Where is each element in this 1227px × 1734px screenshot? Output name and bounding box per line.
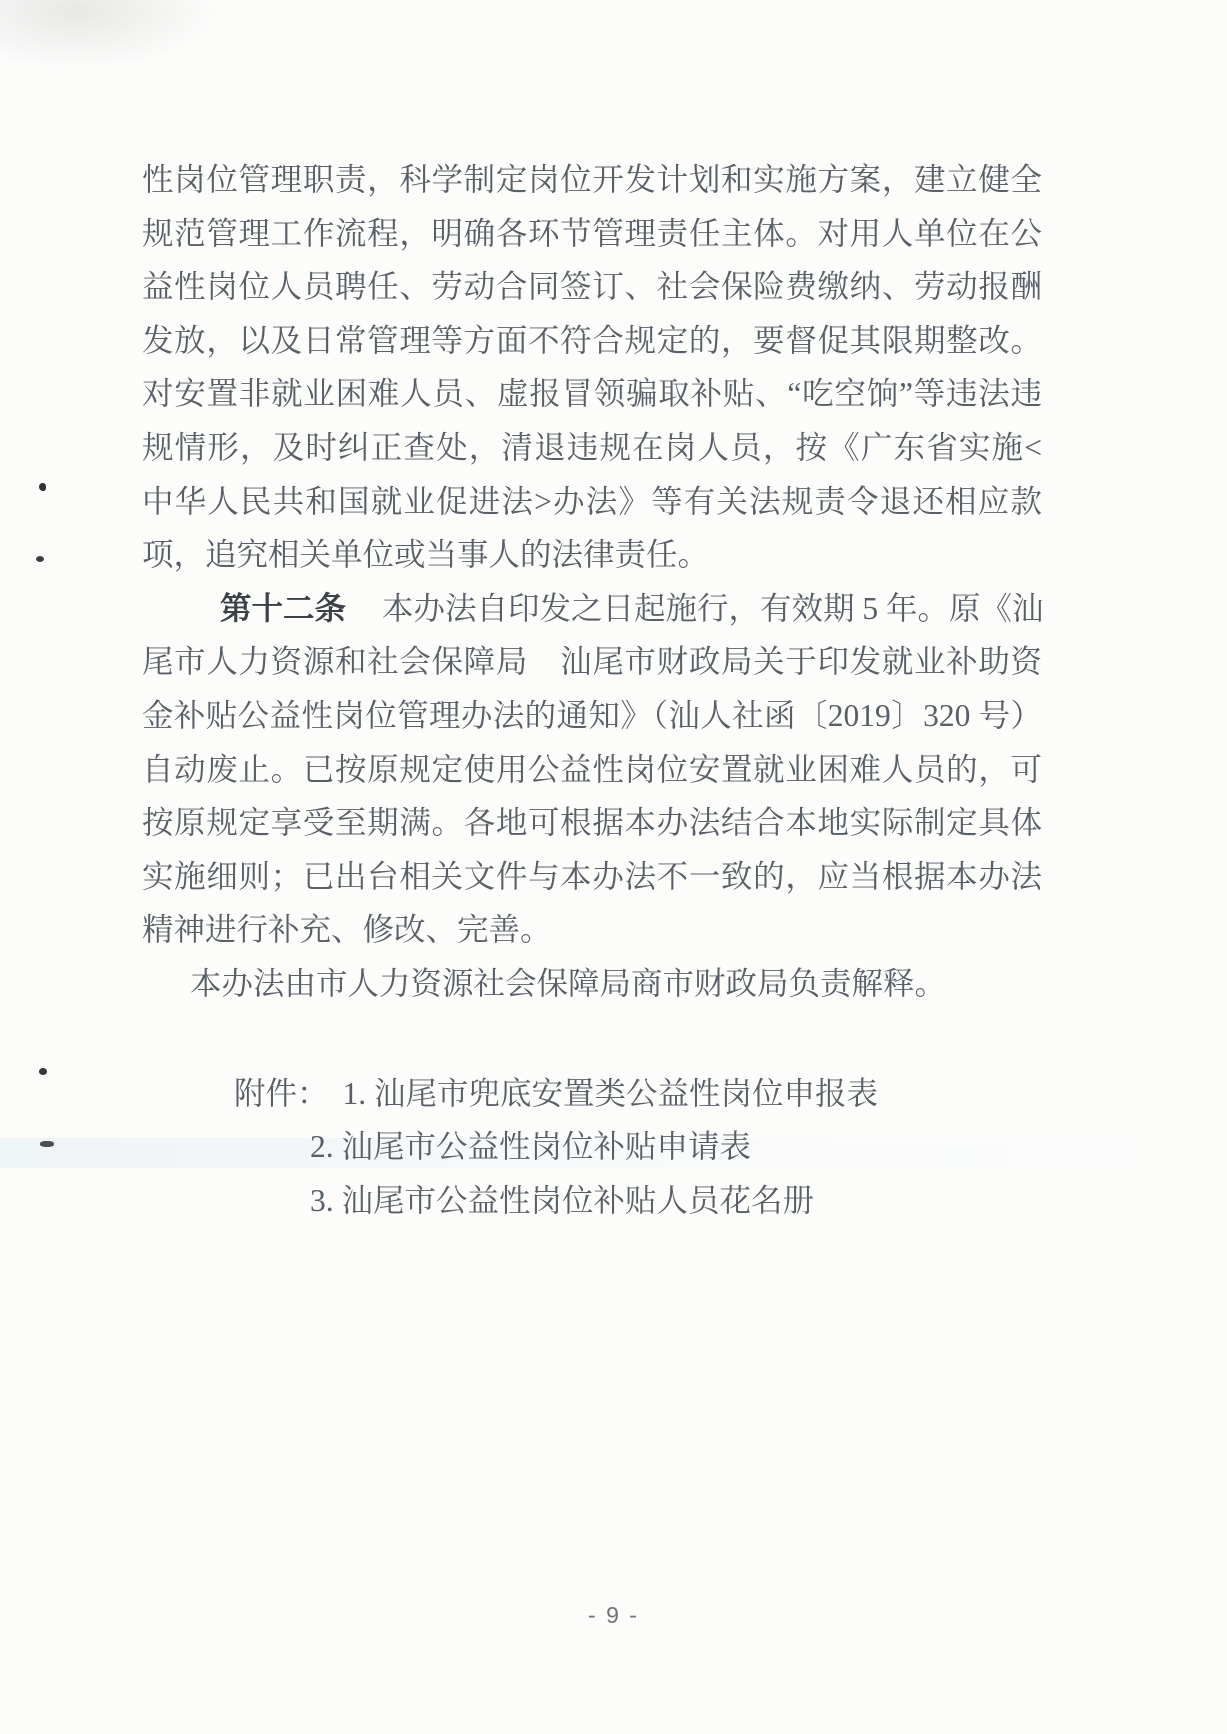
text-line: 性岗位管理职责，科学制定岗位开发计划和实施方案，建立健全 [142, 153, 1042, 207]
interpretation-line: 本办法由市人力资源社会保障局商市财政局负责解释。 [142, 957, 1042, 1011]
text-line: 自动废止。已按原规定使用公益性岗位安置就业困难人员的，可 [142, 743, 1042, 797]
article-12-line: 第十二条本办法自印发之日起施行，有效期 5 年。原《汕 [142, 582, 1042, 636]
article-12-text: 本办法自印发之日起施行，有效期 5 年。原《汕 [382, 591, 1044, 626]
text-line: 发放，以及日常管理等方面不符合规定的，要督促其限期整改。 [142, 314, 1042, 368]
attachment-item-2: 2. 汕尾市公益性岗位补贴申请表 [142, 1120, 1042, 1174]
text-line: 按原规定享受至期满。各地可根据本办法结合本地实际制定具体 [142, 796, 1042, 850]
text-line: 对安置非就业困难人员、虚报冒领骗取补贴、“吃空饷”等违法违 [142, 367, 1042, 421]
text-line: 尾市人力资源和社会保障局 汕尾市财政局关于印发就业补助资 [142, 635, 1042, 689]
attachment-item-1: 1. 汕尾市兜底安置类公益性岗位申报表 [343, 1076, 879, 1111]
text-line: 金补贴公益性岗位管理办法的通知》（汕人社函〔2019〕320 号） [142, 689, 1042, 743]
text-line: 规情形，及时纠正查处，清退违规在岗人员，按《广东省实施< [142, 421, 1042, 475]
text-line: 实施细则；已出台相关文件与本办法不一致的，应当根据本办法 [142, 850, 1042, 904]
scan-artifact-dash [40, 1141, 54, 1147]
attachment-item-3: 3. 汕尾市公益性岗位补贴人员花名册 [142, 1174, 1042, 1228]
text-line: 中华人民共和国就业促进法>办法》等有关法规责令退还相应款 [142, 475, 1042, 529]
scan-artifact-smudge [0, 0, 220, 70]
paragraph-1: 性岗位管理职责，科学制定岗位开发计划和实施方案，建立健全规范管理工作流程，明确各… [142, 153, 1042, 582]
attachments-label: 附件： [234, 1076, 329, 1111]
page-number: - 9 - [0, 1602, 1227, 1629]
text-line: 精神进行补充、修改、完善。 [142, 903, 1042, 957]
scan-artifact-dot [36, 556, 44, 562]
paragraph-2: 尾市人力资源和社会保障局 汕尾市财政局关于印发就业补助资金补贴公益性岗位管理办法… [142, 635, 1042, 957]
attachment-line-1: 附件：1. 汕尾市兜底安置类公益性岗位申报表 [142, 1067, 1042, 1121]
scanned-page: 性岗位管理职责，科学制定岗位开发计划和实施方案，建立健全规范管理工作流程，明确各… [0, 0, 1227, 1734]
attachments-section: 附件：1. 汕尾市兜底安置类公益性岗位申报表 2. 汕尾市公益性岗位补贴申请表 … [142, 1067, 1042, 1228]
scan-artifact-dot [39, 1068, 47, 1075]
text-line: 规范管理工作流程，明确各环节管理责任主体。对用人单位在公 [142, 207, 1042, 261]
text-line: 项，追究相关单位或当事人的法律责任。 [142, 528, 1042, 582]
article-12-heading: 第十二条 [220, 591, 346, 626]
text-line: 益性岗位人员聘任、劳动合同签订、社会保险费缴纳、劳动报酬 [142, 260, 1042, 314]
scan-artifact-dot [39, 483, 46, 491]
document-body: 性岗位管理职责，科学制定岗位开发计划和实施方案，建立健全规范管理工作流程，明确各… [142, 153, 1042, 1227]
